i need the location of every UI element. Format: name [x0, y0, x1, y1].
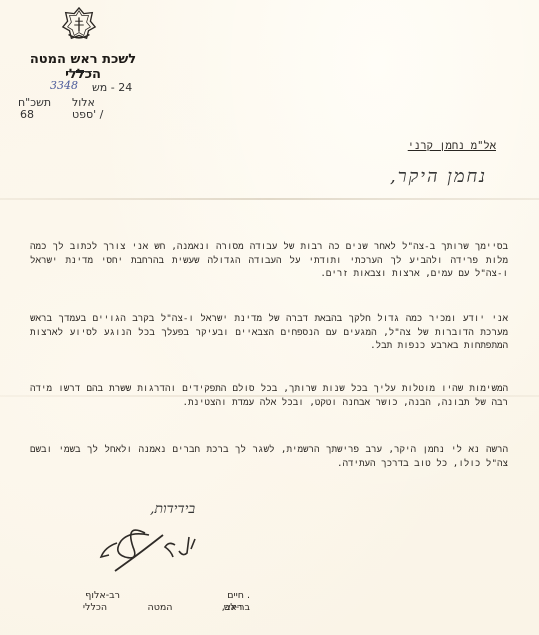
- reference-label: 24 - מש: [92, 81, 132, 94]
- body-paragraph: בסיימך שרותך ב-צה"ל לאחר שנים כה רבות של…: [30, 240, 508, 281]
- signatory-rank: רב-אלוף: [70, 590, 120, 602]
- letterhead-divider-mark: [76, 70, 84, 73]
- body-paragraph: המשימות שהיו מוטלות עליך בכל שנות שרותך,…: [30, 382, 508, 409]
- signatory-title-part3: הכללי: [72, 602, 118, 614]
- idf-emblem-icon: [60, 6, 98, 44]
- gregorian-year: 68: [20, 108, 34, 121]
- signatory-title-part1: ראש: [218, 602, 248, 614]
- paper-fold-line: [0, 198, 539, 200]
- handwritten-reference-number: 3348: [50, 79, 78, 92]
- signatory-title-part2: המטה: [140, 602, 180, 614]
- letterhead-unit-title: לשכת ראש המטה הכללי: [18, 52, 148, 82]
- handwritten-greeting: נחמן היקר,: [390, 166, 487, 187]
- handwritten-signature-icon: [95, 527, 205, 587]
- handwritten-closing: בידידות,: [150, 501, 195, 518]
- body-paragraph: אני יודע ומכיר כמה גדול חלקך בהבאת דברה …: [30, 312, 508, 353]
- addressee: אל"מ נחמן קרני: [408, 140, 496, 153]
- body-paragraph: הרשה נא לי נחמן היקר, ערב פרישתך הרשמית,…: [30, 443, 508, 470]
- gregorian-month: ספט' /: [72, 108, 103, 121]
